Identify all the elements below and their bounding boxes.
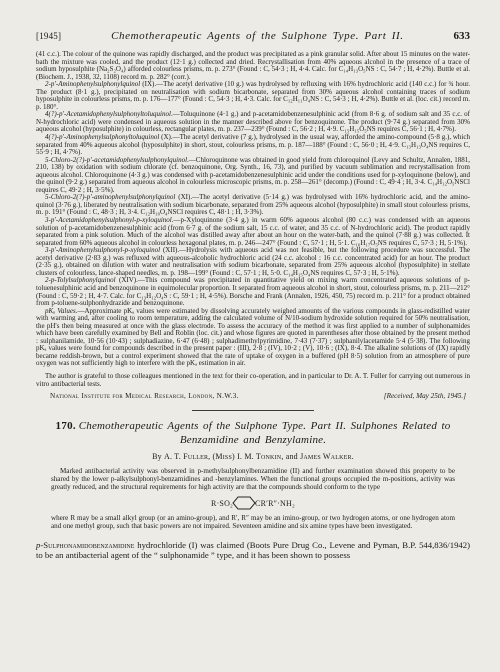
byline-authors: A. T. Fuller, (Miss) I. M. Tonkin,	[164, 452, 283, 461]
running-title: Chemotherapeutic Agents of the Sulphone …	[61, 30, 453, 42]
experimental-paragraph: 4(?)-p′-Aminophenylsulphonyltoluquinol (…	[36, 134, 470, 157]
article-number: 170.	[56, 420, 76, 432]
intro-lead-compound: Sulphonamidobenzamidine	[43, 540, 134, 550]
byline-prefix: By	[152, 452, 164, 461]
journal-page: [1945] Chemotherapeutic Agents of the Su…	[0, 0, 500, 672]
article-intro-paragraph: p-Sulphonamidobenzamidine hydrochloride …	[36, 540, 470, 562]
experimental-paragraph: 3-p′-Aminophenylsulphonyl-p-xyloquinol (…	[36, 247, 470, 277]
experimental-paragraph: 2-p-Tolylsulphonylquinol (XIV).—This com…	[36, 277, 470, 307]
experimental-paragraph: 5-Chloro-2(?)-p′-aminophenylsulphonylqui…	[36, 194, 470, 217]
page-number: 633	[454, 30, 471, 42]
experimental-paragraph: pKₐ Values.—Approximate pKₐ values were …	[36, 308, 470, 368]
article-heading: 170. Chemotherapeutic Agents of the Sulp…	[54, 420, 452, 447]
byline-author-last: James Walker.	[300, 452, 354, 461]
journal-year: [1945]	[36, 31, 61, 41]
paragraph-text: (41 c.c.). The colour of the quinone was…	[36, 50, 470, 81]
experimental-paragraph: 2-p′-Aminophenylsulphonylquinol (IX).—Th…	[36, 81, 470, 111]
section-divider	[192, 410, 314, 411]
experimental-paragraph: 5-Chloro-2(?)-p′-acetamidophenylsulphony…	[36, 157, 470, 195]
experimental-paragraph: (41 c.c.). The colour of the quinone was…	[36, 51, 470, 81]
institute-line: National Institute for Medical Research,…	[36, 392, 239, 400]
formula-left-group: R·SO₂	[211, 499, 233, 508]
formula-right-group: CR′R″·NH₂	[255, 499, 295, 508]
article-title: Chemotherapeutic Agents of the Sulphone …	[79, 420, 451, 446]
acknowledgement: The author is grateful to those colleagu…	[36, 373, 470, 388]
structure-formula: R·SO₂ CR′R″·NH₂	[36, 496, 470, 512]
experimental-section: (41 c.c.). The colour of the quinone was…	[36, 51, 470, 388]
article-footline: National Institute for Medical Research,…	[36, 392, 470, 400]
benzene-ring-icon	[232, 496, 256, 512]
paragraph-text: .—Approximate pKₐ values were estimated …	[36, 307, 470, 368]
page-header: [1945] Chemotherapeutic Agents of the Su…	[36, 30, 470, 42]
article-byline: By A. T. Fuller, (Miss) I. M. Tonkin, an…	[36, 452, 470, 461]
experimental-paragraph: 4(?)-p′-Acetamidophenylsulphonyltoluquin…	[36, 111, 470, 134]
byline-and: and	[284, 452, 301, 461]
article-abstract: Marked antibacterial activity was observ…	[51, 468, 455, 492]
formula-definition-note: where R may be a small alkyl group (or a…	[51, 515, 455, 531]
experimental-paragraph: 3-p′-Acetamidophenylsulphonyl-p-xyloquin…	[36, 217, 470, 247]
received-date: [Received, May 25th, 1945.]	[384, 392, 470, 400]
